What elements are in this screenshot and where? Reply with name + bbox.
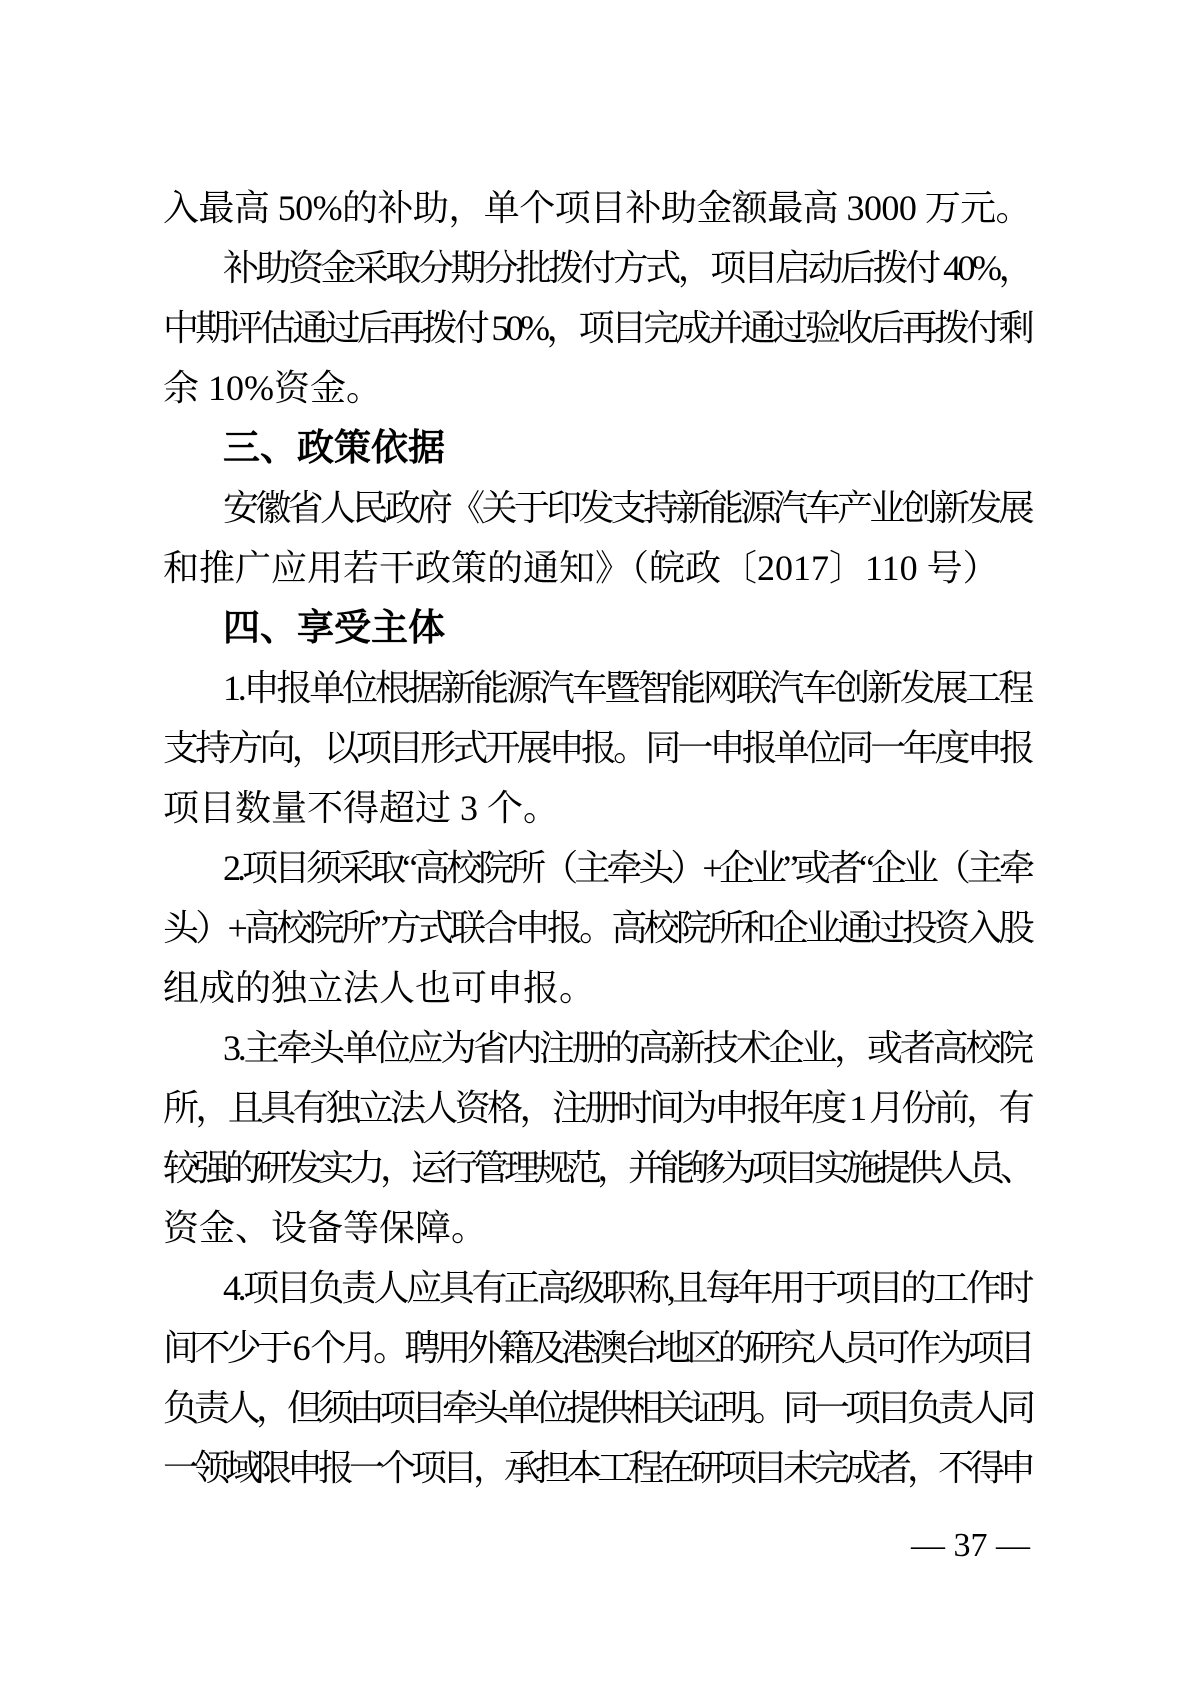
section-heading-policy-basis: 三、政策依据 — [163, 418, 1031, 478]
text-line: 组成的独立法人也可申报。 — [163, 958, 1031, 1018]
document-page: 入最高 50%的补助，单个项目补助金额最高 3000 万元。 补助资金采取分期分… — [0, 0, 1190, 1683]
text-line: 头）+高校院所”方式联合申报。高校院所和企业通过投资入股 — [163, 898, 1031, 958]
section-heading-beneficiaries: 四、享受主体 — [163, 598, 1031, 658]
text-line: 2.项目须采取“高校院所（主牵头）+企业”或者“企业（主牵 — [163, 838, 1031, 898]
text-line: 资金、设备等保障。 — [163, 1198, 1031, 1258]
text-line: 所，且具有独立法人资格，注册时间为申报年度 1 月份前，有 — [163, 1078, 1031, 1138]
text-line: 较强的研发实力，运行管理规范，并能够为项目实施提供人员、 — [163, 1138, 1031, 1198]
text-line: 安徽省人民政府《关于印发支持新能源汽车产业创新发展 — [163, 478, 1031, 538]
text-line: 中期评估通过后再拨付 50%，项目完成并通过验收后再拨付剩 — [163, 298, 1031, 358]
text-line: 项目数量不得超过 3 个。 — [163, 778, 1031, 838]
text-line: 间不少于 6 个月。聘用外籍及港澳台地区的研究人员可作为项目 — [163, 1318, 1031, 1378]
text-line: 补助资金采取分期分批拨付方式，项目启动后拨付 40%， — [163, 238, 1031, 298]
text-line: 1.申报单位根据新能源汽车暨智能网联汽车创新发展工程 — [163, 658, 1031, 718]
document-body: 入最高 50%的补助，单个项目补助金额最高 3000 万元。 补助资金采取分期分… — [163, 178, 1031, 1498]
text-line: 支持方向，以项目形式开展申报。同一申报单位同一年度申报 — [163, 718, 1031, 778]
text-line: 3.主牵头单位应为省内注册的高新技术企业，或者高校院 — [163, 1018, 1031, 1078]
page-number: — 37 — — [911, 1524, 1030, 1568]
text-line: 余 10%资金。 — [163, 358, 1031, 418]
text-line: 一领域限申报一个项目，承担本工程在研项目未完成者，不得申 — [163, 1438, 1031, 1498]
text-line: 入最高 50%的补助，单个项目补助金额最高 3000 万元。 — [163, 178, 1031, 238]
text-line: 和推广应用若干政策的通知》（皖政〔2017〕110 号） — [163, 538, 1031, 598]
text-line: 负责人，但须由项目牵头单位提供相关证明。同一项目负责人同 — [163, 1378, 1031, 1438]
text-line: 4.项目负责人应具有正高级职称,且每年用于项目的工作时 — [163, 1258, 1031, 1318]
